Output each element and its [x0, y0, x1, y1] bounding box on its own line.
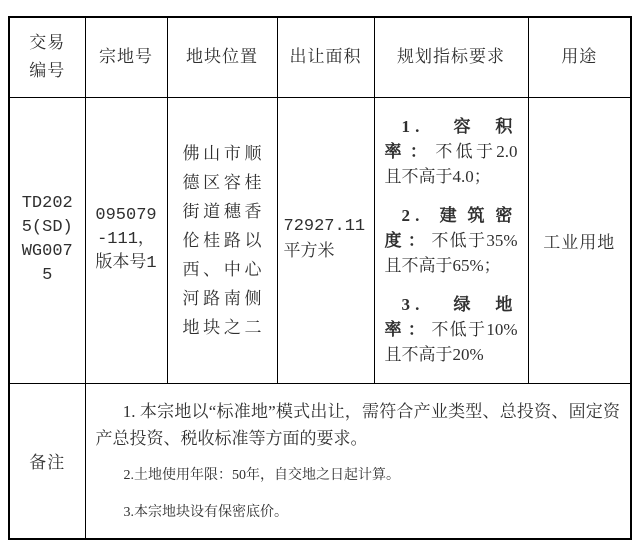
header-usage: 用途	[528, 17, 631, 97]
remark-note-3: 3.本宗地块设有保密底价。	[96, 503, 621, 523]
header-location: 地块位置	[167, 17, 277, 97]
cell-transaction-no: TD2025(SD)WG0075	[9, 97, 85, 383]
cell-usage: 工业用地	[528, 97, 631, 383]
header-parcel-no: 宗地号	[85, 17, 167, 97]
remark-note-1: 1. 本宗地以“标准地”模式出让，需符合产业类型、总投资、固定资产总投资、税收标…	[96, 398, 621, 452]
cell-parcel-no: 095079-111，版本号1	[85, 97, 167, 383]
header-planning-requirements: 规划指标要求	[374, 17, 528, 97]
remark-content: 1. 本宗地以“标准地”模式出让，需符合产业类型、总投资、固定资产总投资、税收标…	[85, 383, 631, 539]
cell-location: 佛山市顺德区容桂街道穗香伦桂路以西、中心河路南侧地块之二	[167, 97, 277, 383]
land-parcel-table: 交易编号 宗地号 地块位置 出让面积 规划指标要求 用途 TD2025(SD)W…	[8, 16, 632, 540]
remark-note-2: 2.土地使用年限：50年，自交地之日起计算。	[96, 466, 621, 486]
requirement-building-density: 2. 建筑密度：不低于35%且不高于65%；	[385, 203, 518, 278]
table-header-row: 交易编号 宗地号 地块位置 出让面积 规划指标要求 用途	[9, 17, 631, 97]
cell-area: 72927.11平方米	[277, 97, 374, 383]
header-transaction-no: 交易编号	[9, 17, 85, 97]
header-area: 出让面积	[277, 17, 374, 97]
table-row: TD2025(SD)WG0075 095079-111，版本号1 佛山市顺德区容…	[9, 97, 631, 383]
document-page: 交易编号 宗地号 地块位置 出让面积 规划指标要求 用途 TD2025(SD)W…	[0, 0, 638, 543]
remark-label: 备注	[9, 383, 85, 539]
requirement-green-ratio: 3. 绿地率：不低于10%且不高于20%	[385, 292, 518, 367]
requirement-plot-ratio: 1. 容积率：不低于2.0且不高于4.0；	[385, 114, 518, 189]
remark-row: 备注 1. 本宗地以“标准地”模式出让，需符合产业类型、总投资、固定资产总投资、…	[9, 383, 631, 539]
cell-planning-requirements: 1. 容积率：不低于2.0且不高于4.0； 2. 建筑密度：不低于35%且不高于…	[374, 97, 528, 383]
